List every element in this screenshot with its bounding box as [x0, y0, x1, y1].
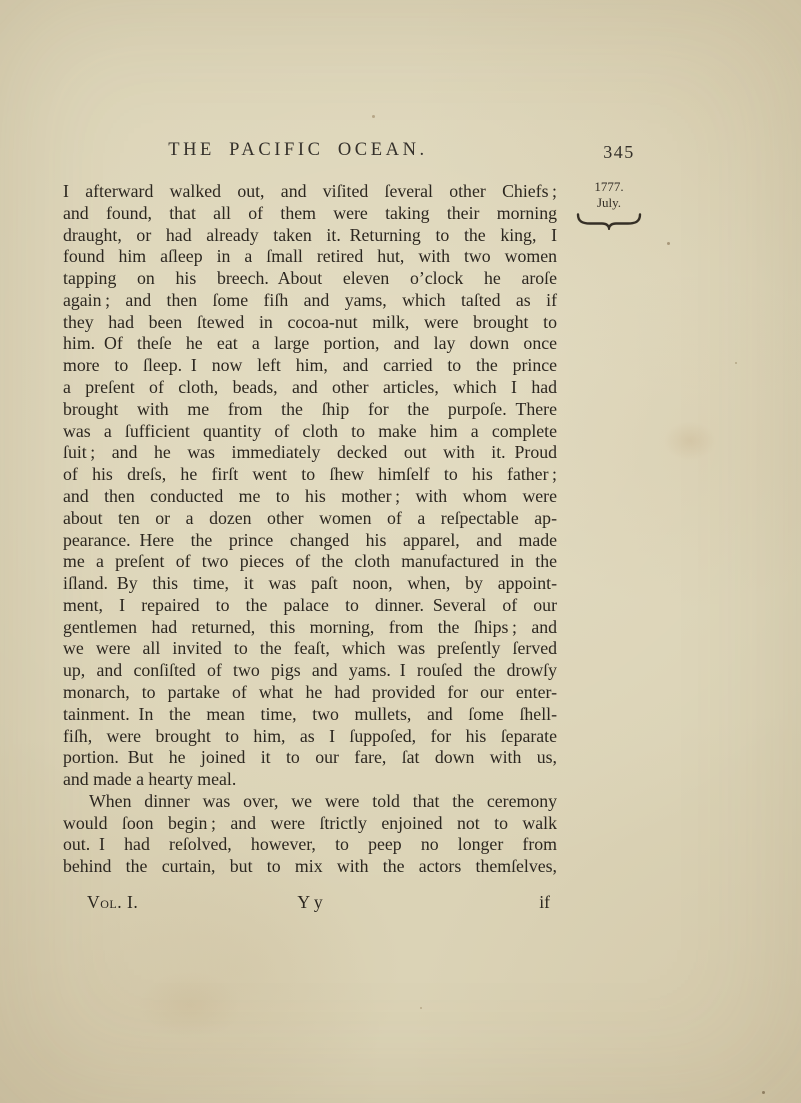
- paper-speck: [372, 115, 375, 118]
- text-line: of his dreſs, he firſt went to ſhew himſ…: [63, 464, 557, 486]
- text-line: more to ſleep. I now left him, and carri…: [63, 355, 557, 377]
- text-line: When dinner was over, we were told that …: [63, 791, 557, 813]
- text-line: tapping on his breech. About eleven o’cl…: [63, 268, 557, 290]
- text-line: out. I had reſolved, however, to peep no…: [63, 834, 557, 856]
- text-line: and made a hearty meal.: [63, 769, 557, 791]
- text-line: would ſoon begin ; and were ſtrictly enj…: [63, 813, 557, 835]
- text-line: about ten or a dozen other women of a re…: [63, 508, 557, 530]
- paper-speck: [735, 362, 737, 364]
- paper-speck: [667, 242, 670, 245]
- text-line: me a preſent of two pieces of the cloth …: [63, 551, 557, 573]
- text-line: pearance. Here the prince changed his ap…: [63, 530, 557, 552]
- margin-note-month: July.: [571, 195, 647, 211]
- paper-speck: [762, 1091, 765, 1094]
- text-line: iſland. By this time, it was paſt noon, …: [63, 573, 557, 595]
- text-line: portion. But he joined it to our fare, ſ…: [63, 747, 557, 769]
- body-text: I afterward walked out, and viſited ſeve…: [63, 181, 557, 878]
- text-line: ment, I repaired to the palace to dinner…: [63, 595, 557, 617]
- text-line: and then conducted me to his mother ; wi…: [63, 486, 557, 508]
- text-line: found him aſleep in a ſmall retired hut,…: [63, 246, 557, 268]
- footer-catchword: if: [539, 892, 550, 913]
- paragraph-2: When dinner was over, we were told that …: [63, 791, 557, 878]
- page-number: 345: [597, 142, 641, 163]
- text-line: a preſent of cloth, beads, and other art…: [63, 377, 557, 399]
- text-line: up, and conſiſted of two pigs and yams. …: [63, 660, 557, 682]
- footer-signature-mark: Y y: [297, 892, 322, 913]
- text-line: was a ſufficient quantity of cloth to ma…: [63, 421, 557, 443]
- text-line: brought with me from the ſhip for the pu…: [63, 399, 557, 421]
- brace-icon: [575, 212, 643, 230]
- paragraph-1: I afterward walked out, and viſited ſeve…: [63, 181, 557, 791]
- text-line: and found, that all of them were taking …: [63, 203, 557, 225]
- text-line: they had been ſtewed in cocoa-nut milk, …: [63, 312, 557, 334]
- text-line: we were all invited to the feaſt, which …: [63, 638, 557, 660]
- text-line: behind the curtain, but to mix with the …: [63, 856, 557, 878]
- text-line: gentlemen had returned, this morning, fr…: [63, 617, 557, 639]
- paper-stain: [655, 415, 725, 467]
- text-line: fiſh, were brought to him, as I ſuppoſed…: [63, 726, 557, 748]
- text-line: him. Of theſe he eat a large portion, an…: [63, 333, 557, 355]
- book-page: THE PACIFIC OCEAN. 345 1777. July. I aft…: [0, 0, 801, 1103]
- running-title: THE PACIFIC OCEAN.: [63, 140, 533, 161]
- text-line: draught, or had already taken it. Return…: [63, 225, 557, 247]
- footer-volume: Vol. I.: [87, 892, 138, 913]
- paper-speck: [420, 1007, 422, 1009]
- margin-note-year: 1777.: [571, 179, 647, 195]
- text-line: I afterward walked out, and viſited ſeve…: [63, 181, 557, 203]
- paper-stain: [120, 960, 260, 1050]
- text-line: monarch, to partake of what he had provi…: [63, 682, 557, 704]
- page-footer: Vol. I. Y y if: [63, 892, 557, 916]
- text-line: ſuit ; and he was immediately decked out…: [63, 442, 557, 464]
- text-line: tainment. In the mean time, two mullets,…: [63, 704, 557, 726]
- text-line: again ; and then ſome fiſh and yams, whi…: [63, 290, 557, 312]
- margin-note-date: 1777. July.: [571, 179, 647, 230]
